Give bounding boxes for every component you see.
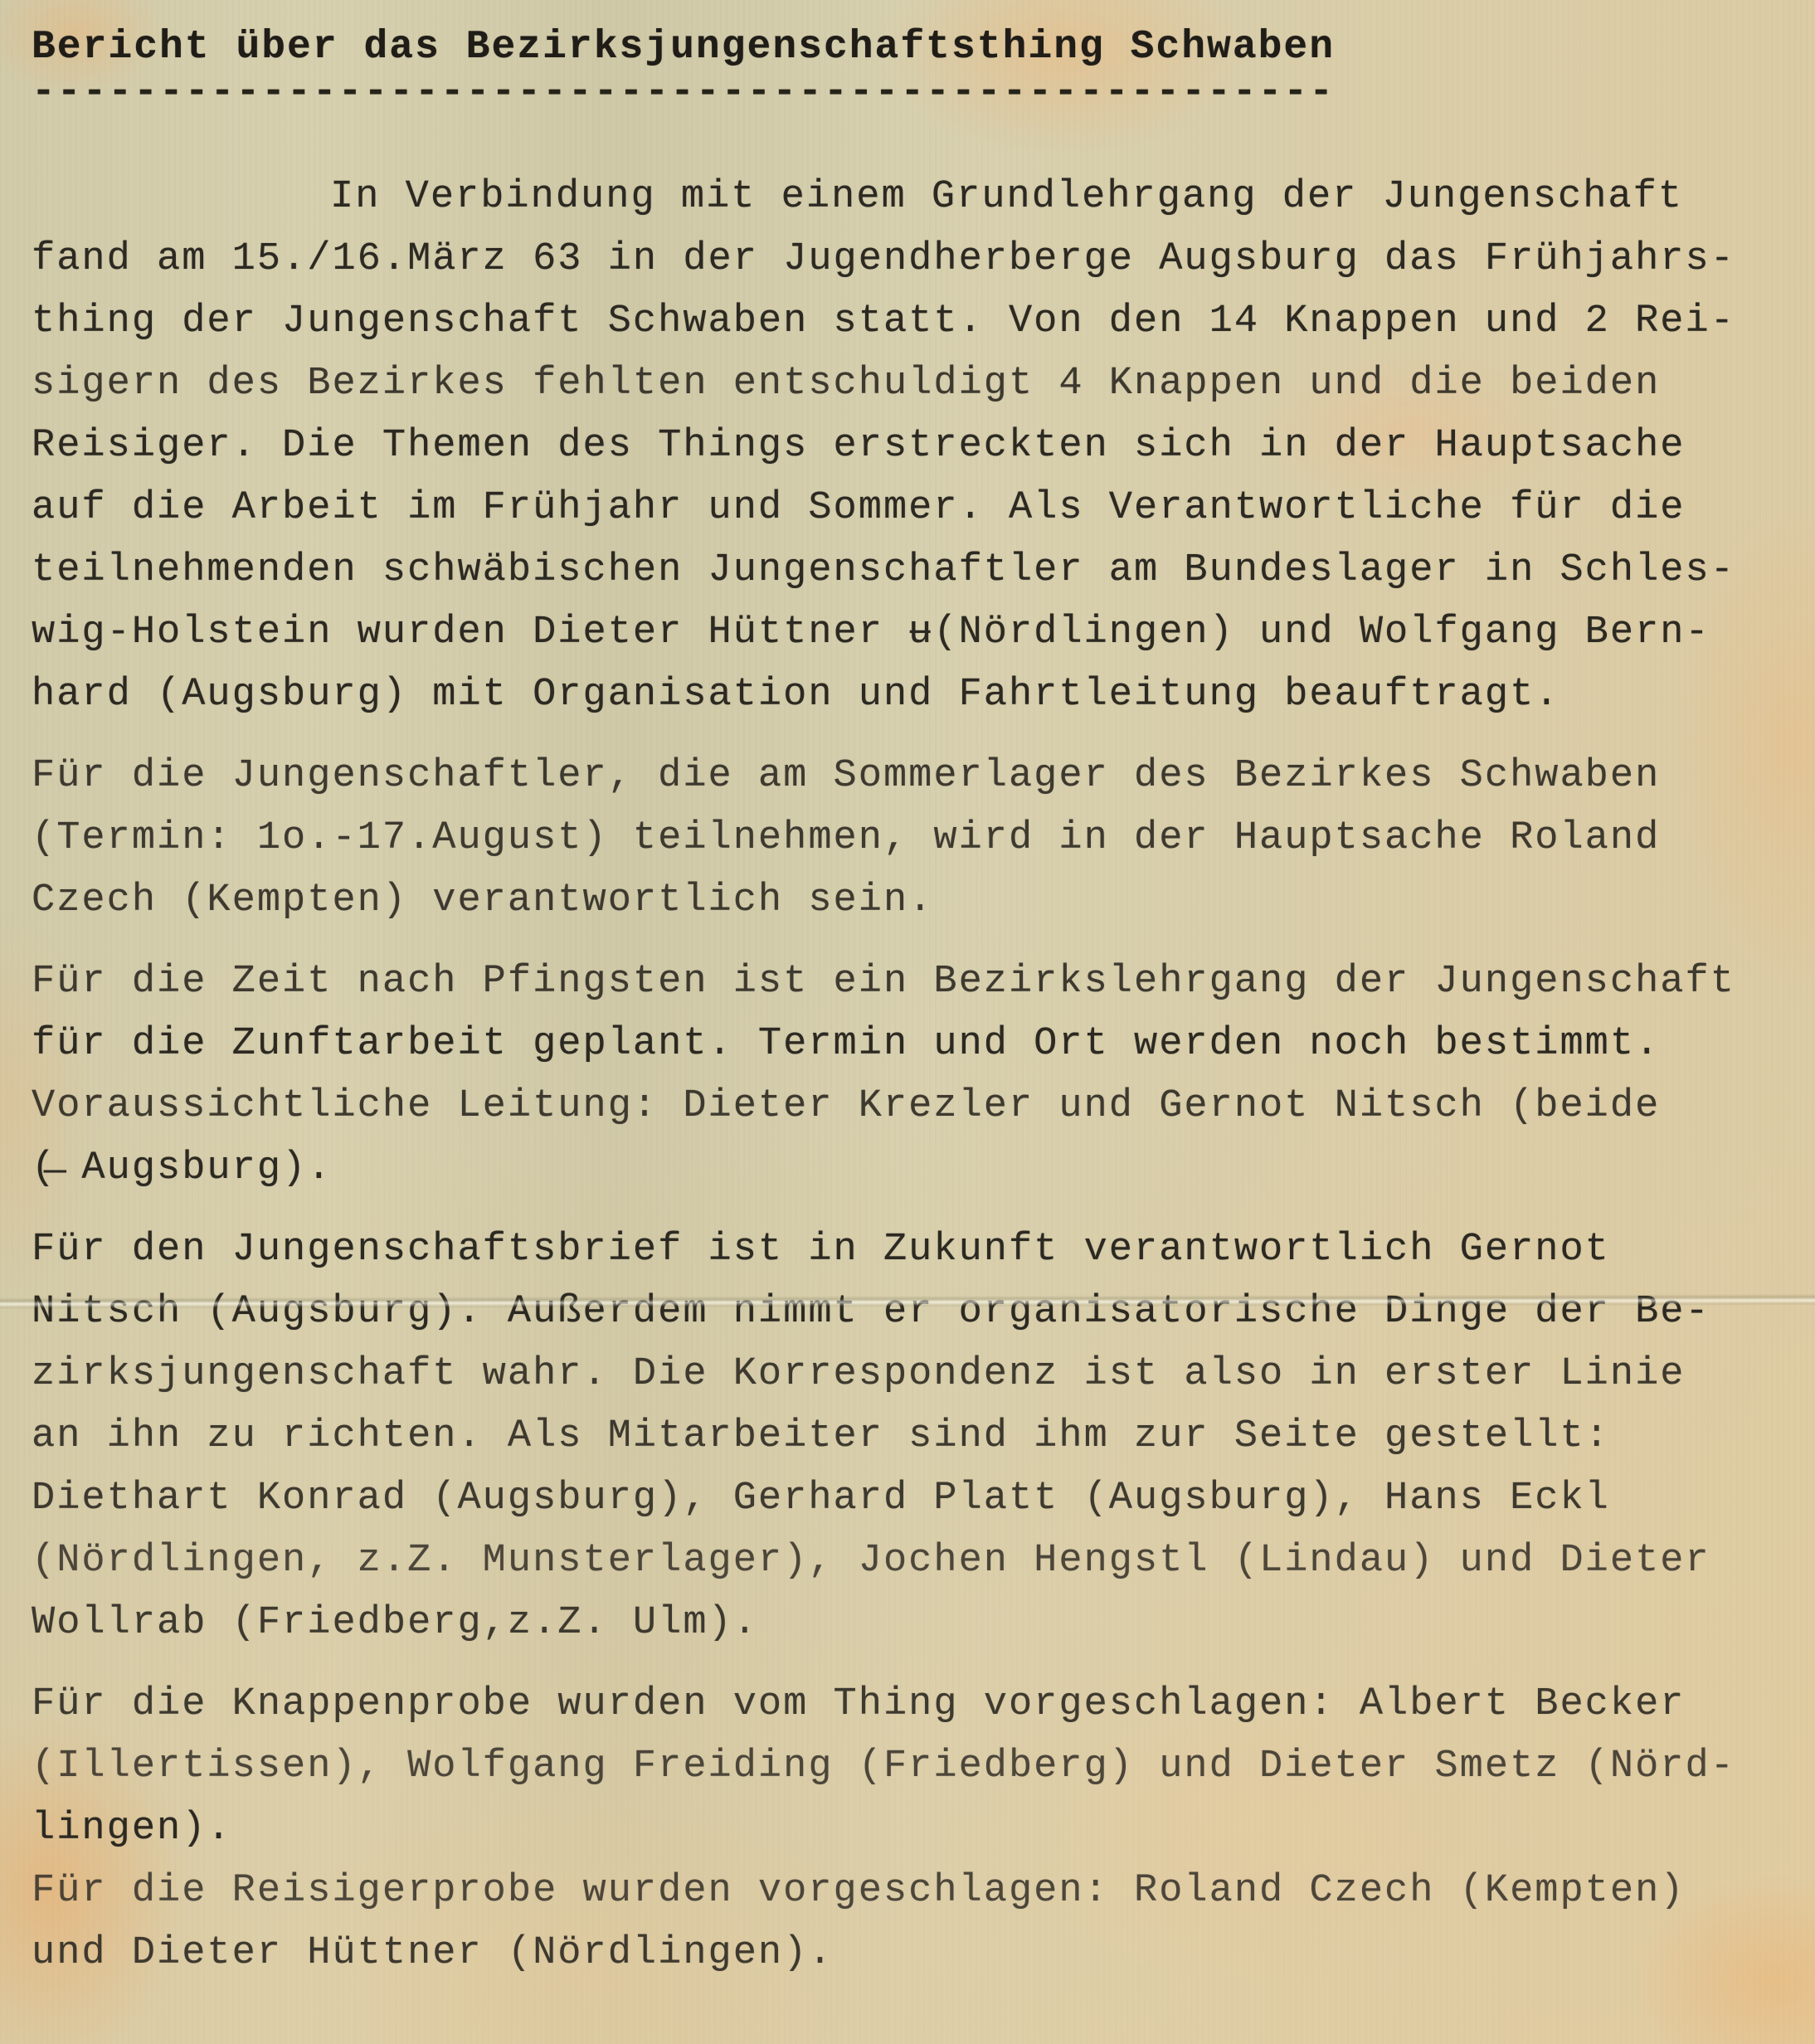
text-line: an ihn zu richten. Als Mitarbeiter sind … xyxy=(32,1405,1774,1467)
paragraph: Für den Jungenschaftsbrief ist in Zukunf… xyxy=(32,1219,1774,1654)
text-line: Czech (Kempten) verantwortlich sein. xyxy=(32,869,1774,932)
text-line: Nitsch (Augsburg). Außerdem nimmt er org… xyxy=(32,1281,1774,1343)
text-line: hard (Augsburg) mit Organisation und Fah… xyxy=(32,664,1774,726)
paragraph: Für die Reisigerprobe wurden vorgeschlag… xyxy=(32,1860,1774,1984)
text-line: Wollrab (Friedberg,z.Z. Ulm). xyxy=(32,1592,1774,1654)
document-body: Bericht über das Bezirksjungenschaftsthi… xyxy=(32,22,1774,2003)
paragraph: Für die Knappenprobe wurden vom Thing vo… xyxy=(32,1673,1774,1860)
document-title: Bericht über das Bezirksjungenschaftsthi… xyxy=(32,22,1774,73)
text-line: lingen). xyxy=(32,1798,1774,1860)
text-line: Für den Jungenschaftsbrief ist in Zukunf… xyxy=(32,1219,1774,1281)
text-line: Reisiger. Die Themen des Things erstreck… xyxy=(32,415,1774,477)
text-line: (Nördlingen, z.Z. Munsterlager), Jochen … xyxy=(32,1530,1774,1592)
text-line: und Dieter Hüttner (Nördlingen). xyxy=(32,1922,1774,1984)
text-line: auf die Arbeit im Frühjahr und Sommer. A… xyxy=(32,477,1774,539)
text-line: für die Zunftarbeit geplant. Termin und … xyxy=(32,1013,1774,1075)
text-line: wig-Holstein wurden Dieter Hüttner ʉ(Nör… xyxy=(32,601,1774,664)
text-line: Für die Knappenprobe wurden vom Thing vo… xyxy=(32,1673,1774,1735)
text-line: Für die Jungenschaftler, die am Sommerla… xyxy=(32,745,1774,807)
paragraph: Für die Jungenschaftler, die am Sommerla… xyxy=(32,745,1774,932)
title-underline: ----------------------------------------… xyxy=(32,73,1774,111)
text-line: (̶ Augsburg). xyxy=(32,1137,1774,1200)
text-line: Diethart Konrad (Augsburg), Gerhard Plat… xyxy=(32,1467,1774,1530)
paragraph: In Verbindung mit einem Grundlehrgang de… xyxy=(32,166,1774,726)
scanned-document-page: Bericht über das Bezirksjungenschaftsthi… xyxy=(0,0,1815,2044)
text-line: sigern des Bezirkes fehlten entschuldigt… xyxy=(32,353,1774,415)
text-line: (Termin: 1o.-17.August) teilnehmen, wird… xyxy=(32,807,1774,869)
text-line: fand am 15./16.März 63 in der Jugendherb… xyxy=(32,228,1774,290)
text-line: zirksjungenschaft wahr. Die Korresponden… xyxy=(32,1343,1774,1405)
text-line: In Verbindung mit einem Grundlehrgang de… xyxy=(32,166,1774,228)
text-line: thing der Jungenschaft Schwaben statt. V… xyxy=(32,290,1774,353)
text-line: (Illertissen), Wolfgang Freiding (Friedb… xyxy=(32,1735,1774,1798)
text-line: teilnehmenden schwäbischen Jungenschaftl… xyxy=(32,539,1774,601)
text-line: Für die Zeit nach Pfingsten ist ein Bezi… xyxy=(32,951,1774,1013)
paragraph: Für die Zeit nach Pfingsten ist ein Bezi… xyxy=(32,951,1774,1200)
text-line: Voraussichtliche Leitung: Dieter Krezler… xyxy=(32,1075,1774,1137)
text-line: Für die Reisigerprobe wurden vorgeschlag… xyxy=(32,1860,1774,1922)
